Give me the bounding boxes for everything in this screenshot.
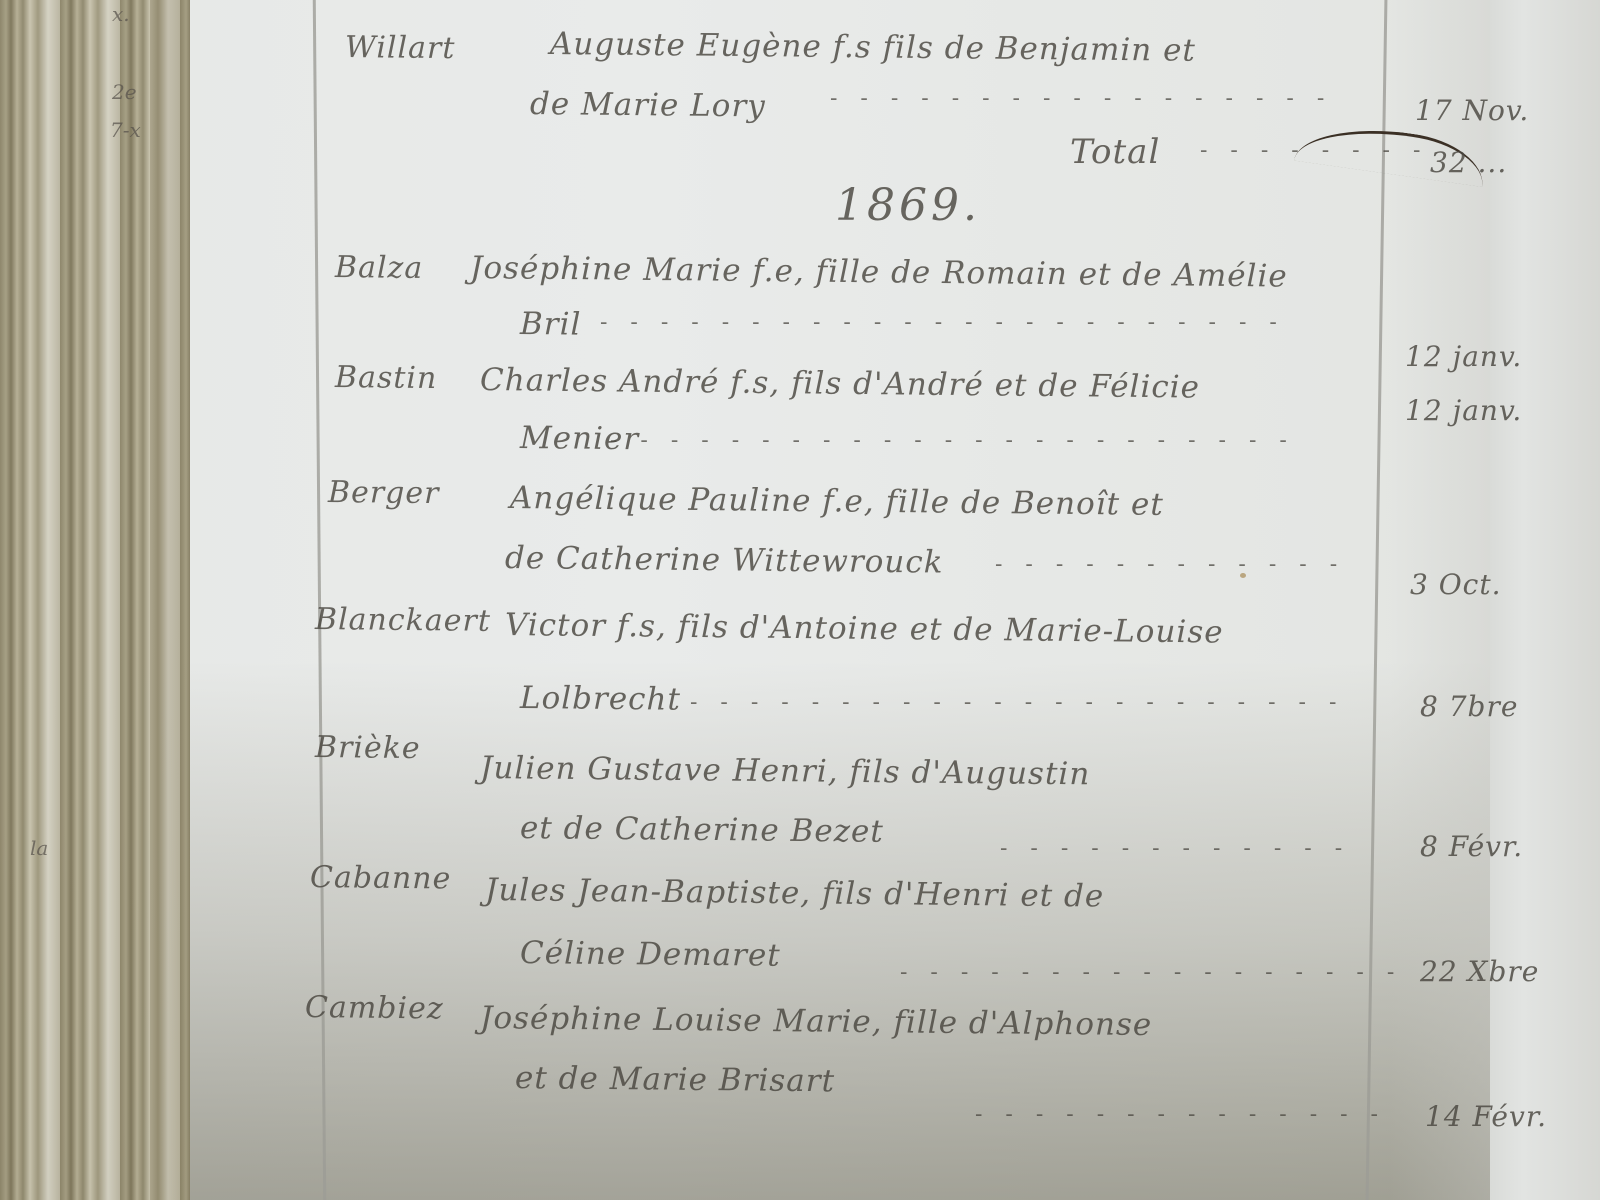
entry-line-2: Lolbrecht: [520, 680, 681, 718]
entry-date: 8 Févr.: [1420, 830, 1523, 863]
entry-surname: Balza: [335, 250, 424, 286]
prev-page-mark: la: [30, 836, 48, 860]
fill-dashes: - - - - - - - - - - - - - - - - - - - - …: [690, 690, 1344, 715]
fill-dashes: - - - - - - - - - - - - - - - - - - - - …: [600, 310, 1285, 335]
entry-line-1: Victor f.s, fils d'Antoine et de Marie-L…: [505, 607, 1224, 651]
fill-dashes: - - - - - - - - - - - -: [1000, 836, 1350, 861]
fill-dashes: - - - - - - - - - - - - - -: [975, 1102, 1386, 1127]
entry-date: 22 Xbre: [1420, 955, 1539, 988]
prev-page-mark: x.: [112, 2, 130, 26]
entry-line-1: Julien Gustave Henri, fils d'Augustin: [480, 750, 1091, 792]
entry-line-1: Auguste Eugène f.s fils de Benjamin et: [550, 26, 1196, 69]
entry-line-2: de Catherine Wittewrouck: [505, 540, 944, 581]
entry-date: 8 7bre: [1420, 690, 1518, 723]
total-value: 32 ...: [1430, 146, 1507, 179]
entry-surname: Brièke: [315, 730, 421, 766]
entry-line-2: et de Catherine Bezet: [520, 810, 884, 850]
page-right-edge: [1490, 0, 1600, 1200]
entry-line-1: Jules Jean-Baptiste, fils d'Henri et de: [485, 872, 1105, 914]
entry-date: 14 Févr.: [1425, 1100, 1547, 1133]
prev-page-mark: 7-x: [110, 118, 141, 142]
entry-surname: Blanckaert: [315, 602, 491, 639]
entry-surname: Berger: [328, 475, 440, 511]
entry-line-2: Céline Demaret: [520, 935, 781, 974]
fill-dashes: - - - - - - - - - - - -: [995, 552, 1345, 577]
fill-dashes: - - - - - - - - - - - - - - - - -: [830, 86, 1332, 111]
fill-dashes: - - - - - - - - - - - - - - - - - - - - …: [610, 428, 1295, 453]
entry-line-1: Angélique Pauline f.e, fille de Benoît e…: [510, 480, 1164, 523]
entry-surname: Cambiez: [305, 990, 444, 1026]
year-heading: 1869.: [835, 180, 981, 231]
entry-line-1: Joséphine Louise Marie, fille d'Alphonse: [480, 1000, 1153, 1043]
entry-date: 3 Oct.: [1410, 568, 1502, 601]
entry-date: 12 janv.: [1405, 340, 1522, 373]
fill-dashes: - - - - - - - -: [1200, 138, 1428, 163]
ink-stain: [1240, 573, 1246, 578]
entry-surname: Bastin: [335, 360, 438, 396]
prev-page-mark: 2e: [112, 80, 137, 104]
entry-line-1: Charles André f.s, fils d'André et de Fé…: [480, 362, 1200, 406]
entry-surname: Willart: [345, 30, 456, 66]
entry-line-2: et de Marie Brisart: [515, 1060, 835, 1099]
entry-line-2: de Marie Lory: [530, 86, 766, 124]
entry-date: 12 janv.: [1405, 394, 1522, 427]
binding-shadow: [150, 0, 190, 1200]
total-label: Total: [1070, 132, 1160, 172]
entry-date: 17 Nov.: [1415, 94, 1529, 127]
entry-surname: Cabanne: [310, 860, 452, 896]
entry-line-2: Bril: [520, 306, 582, 343]
fill-dashes: - - - - - - - - - - - - - - - - -: [900, 960, 1402, 985]
